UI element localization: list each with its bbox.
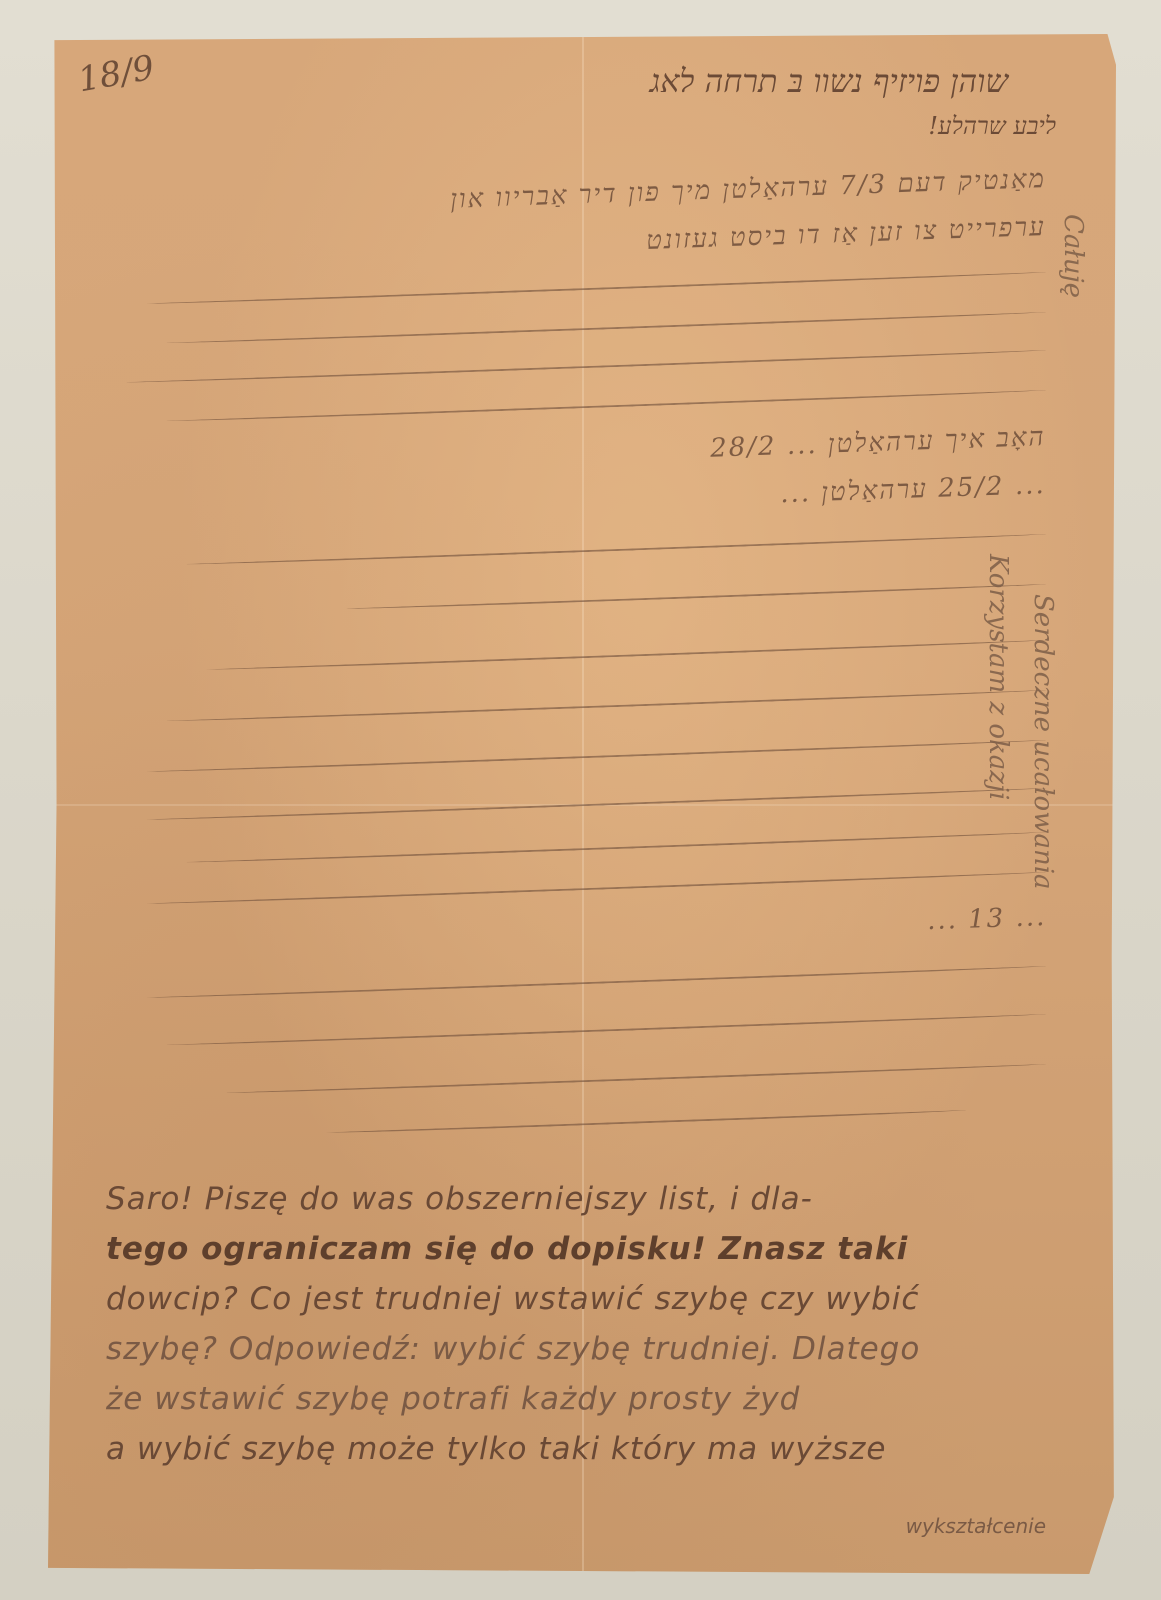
yiddish-greeting: ליבע שרהלע! (928, 112, 1056, 141)
letter-paper: 18/9 שוהן פויזיף נשוו בּ תרחה לאג ליבע ש… (48, 34, 1116, 1574)
polish-line: dowcip? Co jest trudniej wstawić szybę c… (106, 1274, 1096, 1324)
polish-line: szybę? Odpowiedź: wybić szybę trudniej. … (106, 1324, 1096, 1374)
yiddish-line (206, 624, 1047, 683)
polish-line: a wybić szybę może tylko taki który ma w… (106, 1424, 1096, 1474)
yiddish-line (326, 1094, 967, 1146)
margin-note-vertical: Całuję (1058, 214, 1088, 298)
yiddish-line (166, 674, 1047, 735)
yiddish-line: מאַנטיק דעם 7/3 ערהאַלטן מיך פון דיר אַב… (450, 164, 1047, 215)
yiddish-line: ערפרייט צו זען אַז דו ביסט געזונט (646, 212, 1047, 256)
margin-note-vertical: Korzystam z okazji (983, 554, 1013, 800)
letter-date: 18/9 (75, 48, 157, 101)
polish-line: że wstawić szybę potrafi każdy prosty ży… (106, 1374, 1096, 1424)
yiddish-line: האָב איך ערהאַלטן ... 28/2 (710, 422, 1046, 464)
yiddish-line (166, 998, 1047, 1059)
polish-line: Saro! Piszę do was obszerniejszy list, i… (106, 1174, 1096, 1224)
closing-word: wykształcenie (906, 1514, 1046, 1538)
yiddish-line: ... 13 ... (926, 902, 1046, 936)
yiddish-line: ... 25/2 ערהאַלטן ... (780, 470, 1046, 509)
polish-postscript: Saro! Piszę do was obszerniejszy list, i… (106, 1174, 1096, 1474)
yiddish-line (186, 518, 1047, 578)
yiddish-line (326, 568, 1047, 623)
polish-line: tego ograniczam się do dopisku! Znasz ta… (106, 1224, 1096, 1274)
margin-note-vertical: Serdeczne ucałowania (1028, 594, 1058, 890)
letter-heading: שוהן פויזיף נשוו בּ תרחה לאג (248, 62, 1008, 100)
